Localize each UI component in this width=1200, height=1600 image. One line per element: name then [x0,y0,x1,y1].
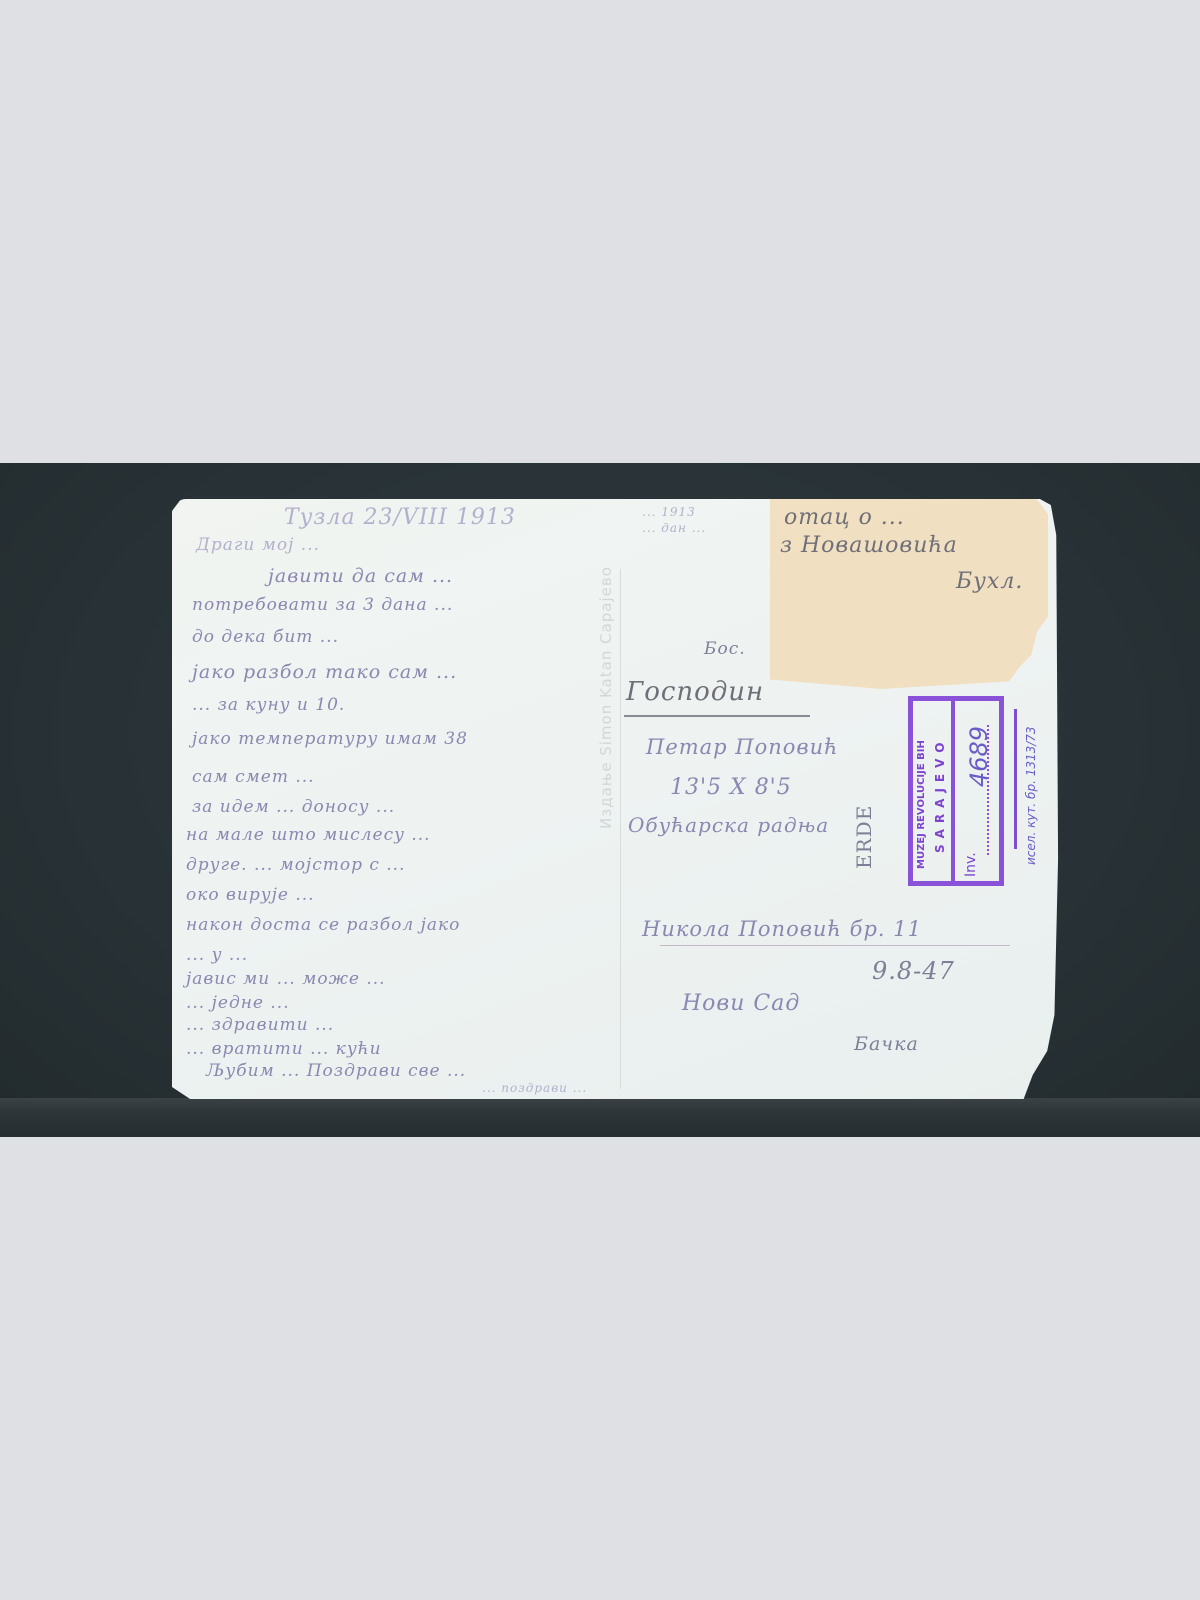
address-abbreviation: Бос. [704,639,746,659]
letter-line: ... једне ... [186,993,290,1013]
letter-line: јавис ми ... може ... [186,969,386,989]
stamp-side-line [1014,709,1017,849]
address-salutation: Господин [626,677,764,707]
letter-line: јако разбол тако сам ... [192,661,457,683]
address-country: Бачка [854,1033,919,1055]
pencil-note-line: з Новашовића [780,533,958,558]
letter-line: на мале што мислесу ... [186,825,431,845]
letter-line: ... здравити ... [186,1015,334,1035]
letter-corner-note: ... 1913 [642,505,696,519]
letter-line: око вирује ... [186,885,315,905]
pencil-note-line: Бухл. [956,569,1023,594]
letter-line: потребовати за 3 дана ... [192,595,453,615]
extra-note: 9.8-47 [872,957,955,985]
archive-note: исел. кут. бр. 1313/73 [1024,726,1038,865]
publisher-imprint: Издање Simon Katan Сарајево [597,566,615,829]
stamp-institution: MUZEJ REVOLUCIJE BIH [916,740,927,869]
address-recipient: Никола Поповић бр. 11 [642,917,922,941]
letter-line: до дека бит ... [192,627,339,647]
museum-stamp: MUZEJ REVOLUCIJE BIH SARAJEVO Inv. 4689 [908,696,1004,886]
letter-line: ... вратити ... кући [186,1039,382,1059]
dimensions-note: 13'5 X 8'5 [670,775,792,800]
address-underline [660,945,1010,946]
letter-line: ... за куну и 10. [192,695,345,715]
stamp-inv-label: Inv. [963,852,979,877]
inventory-number: 4689 [965,726,993,787]
letter-line: јавити да сам ... [268,565,453,587]
stamp-city: SARAJEVO [933,737,947,853]
letter-corner-note: ... дан ... [642,521,706,535]
letter-line: сам смет ... [192,767,315,787]
letter-line: друге. ... мојстор с ... [186,855,406,875]
pencil-note-line: отац о ... [784,505,905,530]
display-ledge [0,1098,1200,1137]
letter-line: Љубим ... Поздрави све ... [206,1061,466,1081]
letter-line: Драги мој ... [196,535,320,555]
address-city: Нови Сад [682,991,800,1016]
letter-heading: Тузла 23/VIII 1913 [284,505,516,530]
letter-line: ... у ... [186,945,248,965]
postcard: Издање Simon Katan Сарајево Тузла 23/VII… [172,499,1078,1099]
salutation-underline [624,715,810,717]
address-name: Петар Поповић [646,735,839,759]
stamp-institution-panel: MUZEJ REVOLUCIJE BIH SARAJEVO [913,701,955,881]
letter-line: за идем ... доносу ... [192,797,395,817]
card-divider-line [620,569,621,1089]
address-street: Обућарска радња [628,813,829,837]
letter-line: ... поздрави ... [482,1081,587,1095]
letter-line: након доста се разбол јако [186,915,460,935]
pencil-vertical-mark: ERDE [852,805,876,869]
letter-line: јако температуру имам 38 [192,729,468,749]
